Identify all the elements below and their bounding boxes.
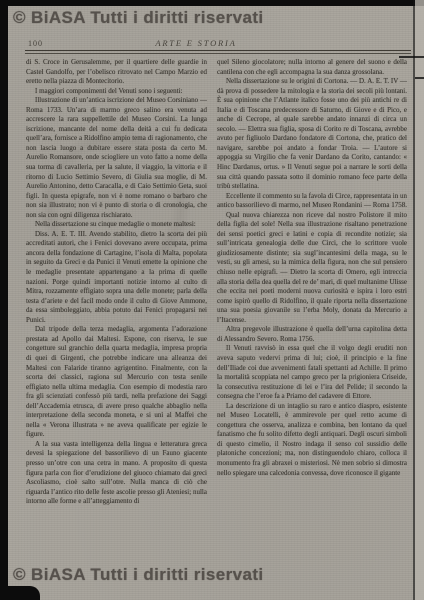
paragraph: Eccellente il commento su la favola di C… xyxy=(217,192,407,211)
copyright-watermark-top: © BiASA Tutti i diritti riservati xyxy=(13,8,264,28)
scan-tick-mark-upper xyxy=(399,56,424,58)
paragraph: Qual nuova chiarezza non riceve dal nost… xyxy=(217,211,407,326)
header-rule xyxy=(25,50,411,54)
paragraph: Nella dissertazione su cinque medaglie o… xyxy=(26,220,207,230)
paragraph: Nella dissertazione su le origini di Cor… xyxy=(217,77,407,192)
journal-title: ARTE E STORIA xyxy=(0,38,392,48)
scan-edge-line-right xyxy=(413,0,415,600)
scan-corner-bottom-left xyxy=(0,586,40,600)
paragraph: Illustrazione di un’antica iscrizione de… xyxy=(26,96,207,220)
scan-tick-mark-lower xyxy=(415,77,424,79)
scan-border-top xyxy=(0,0,424,6)
paragraph: Altra pregevole illustrazione è quella d… xyxy=(217,325,407,344)
paragraph: quel Sileno giocolatore; nulla intorno a… xyxy=(217,58,407,77)
copyright-watermark-bottom: © BiASA Tutti i diritti riservati xyxy=(13,565,264,585)
paragraph: La descrizione di un intaglio su raro e … xyxy=(217,402,407,478)
scan-border-left xyxy=(0,0,8,600)
paragraph: Il Venuti ravvisò in essa quel che il vo… xyxy=(217,344,407,401)
scanned-journal-page: © BiASA Tutti i diritti riservati 100 AR… xyxy=(0,0,424,600)
paragraph: Dal tripode della terza medaglia, argome… xyxy=(26,325,207,440)
paragraph: Diss. A. E. T. III. Avendo stabilito, di… xyxy=(26,230,207,325)
paragraph: I maggiori componimenti del Venuti sono … xyxy=(26,87,207,97)
scan-margin-right xyxy=(415,0,424,600)
right-column: quel Sileno giocolatore; nulla intorno a… xyxy=(217,58,407,562)
left-column: di S. Croce in Gerusalemme, per il quart… xyxy=(26,58,207,562)
paragraph: A la sua vasta intelligenza della lingua… xyxy=(26,440,207,507)
paragraph: di S. Croce in Gerusalemme, per il quart… xyxy=(26,58,207,87)
